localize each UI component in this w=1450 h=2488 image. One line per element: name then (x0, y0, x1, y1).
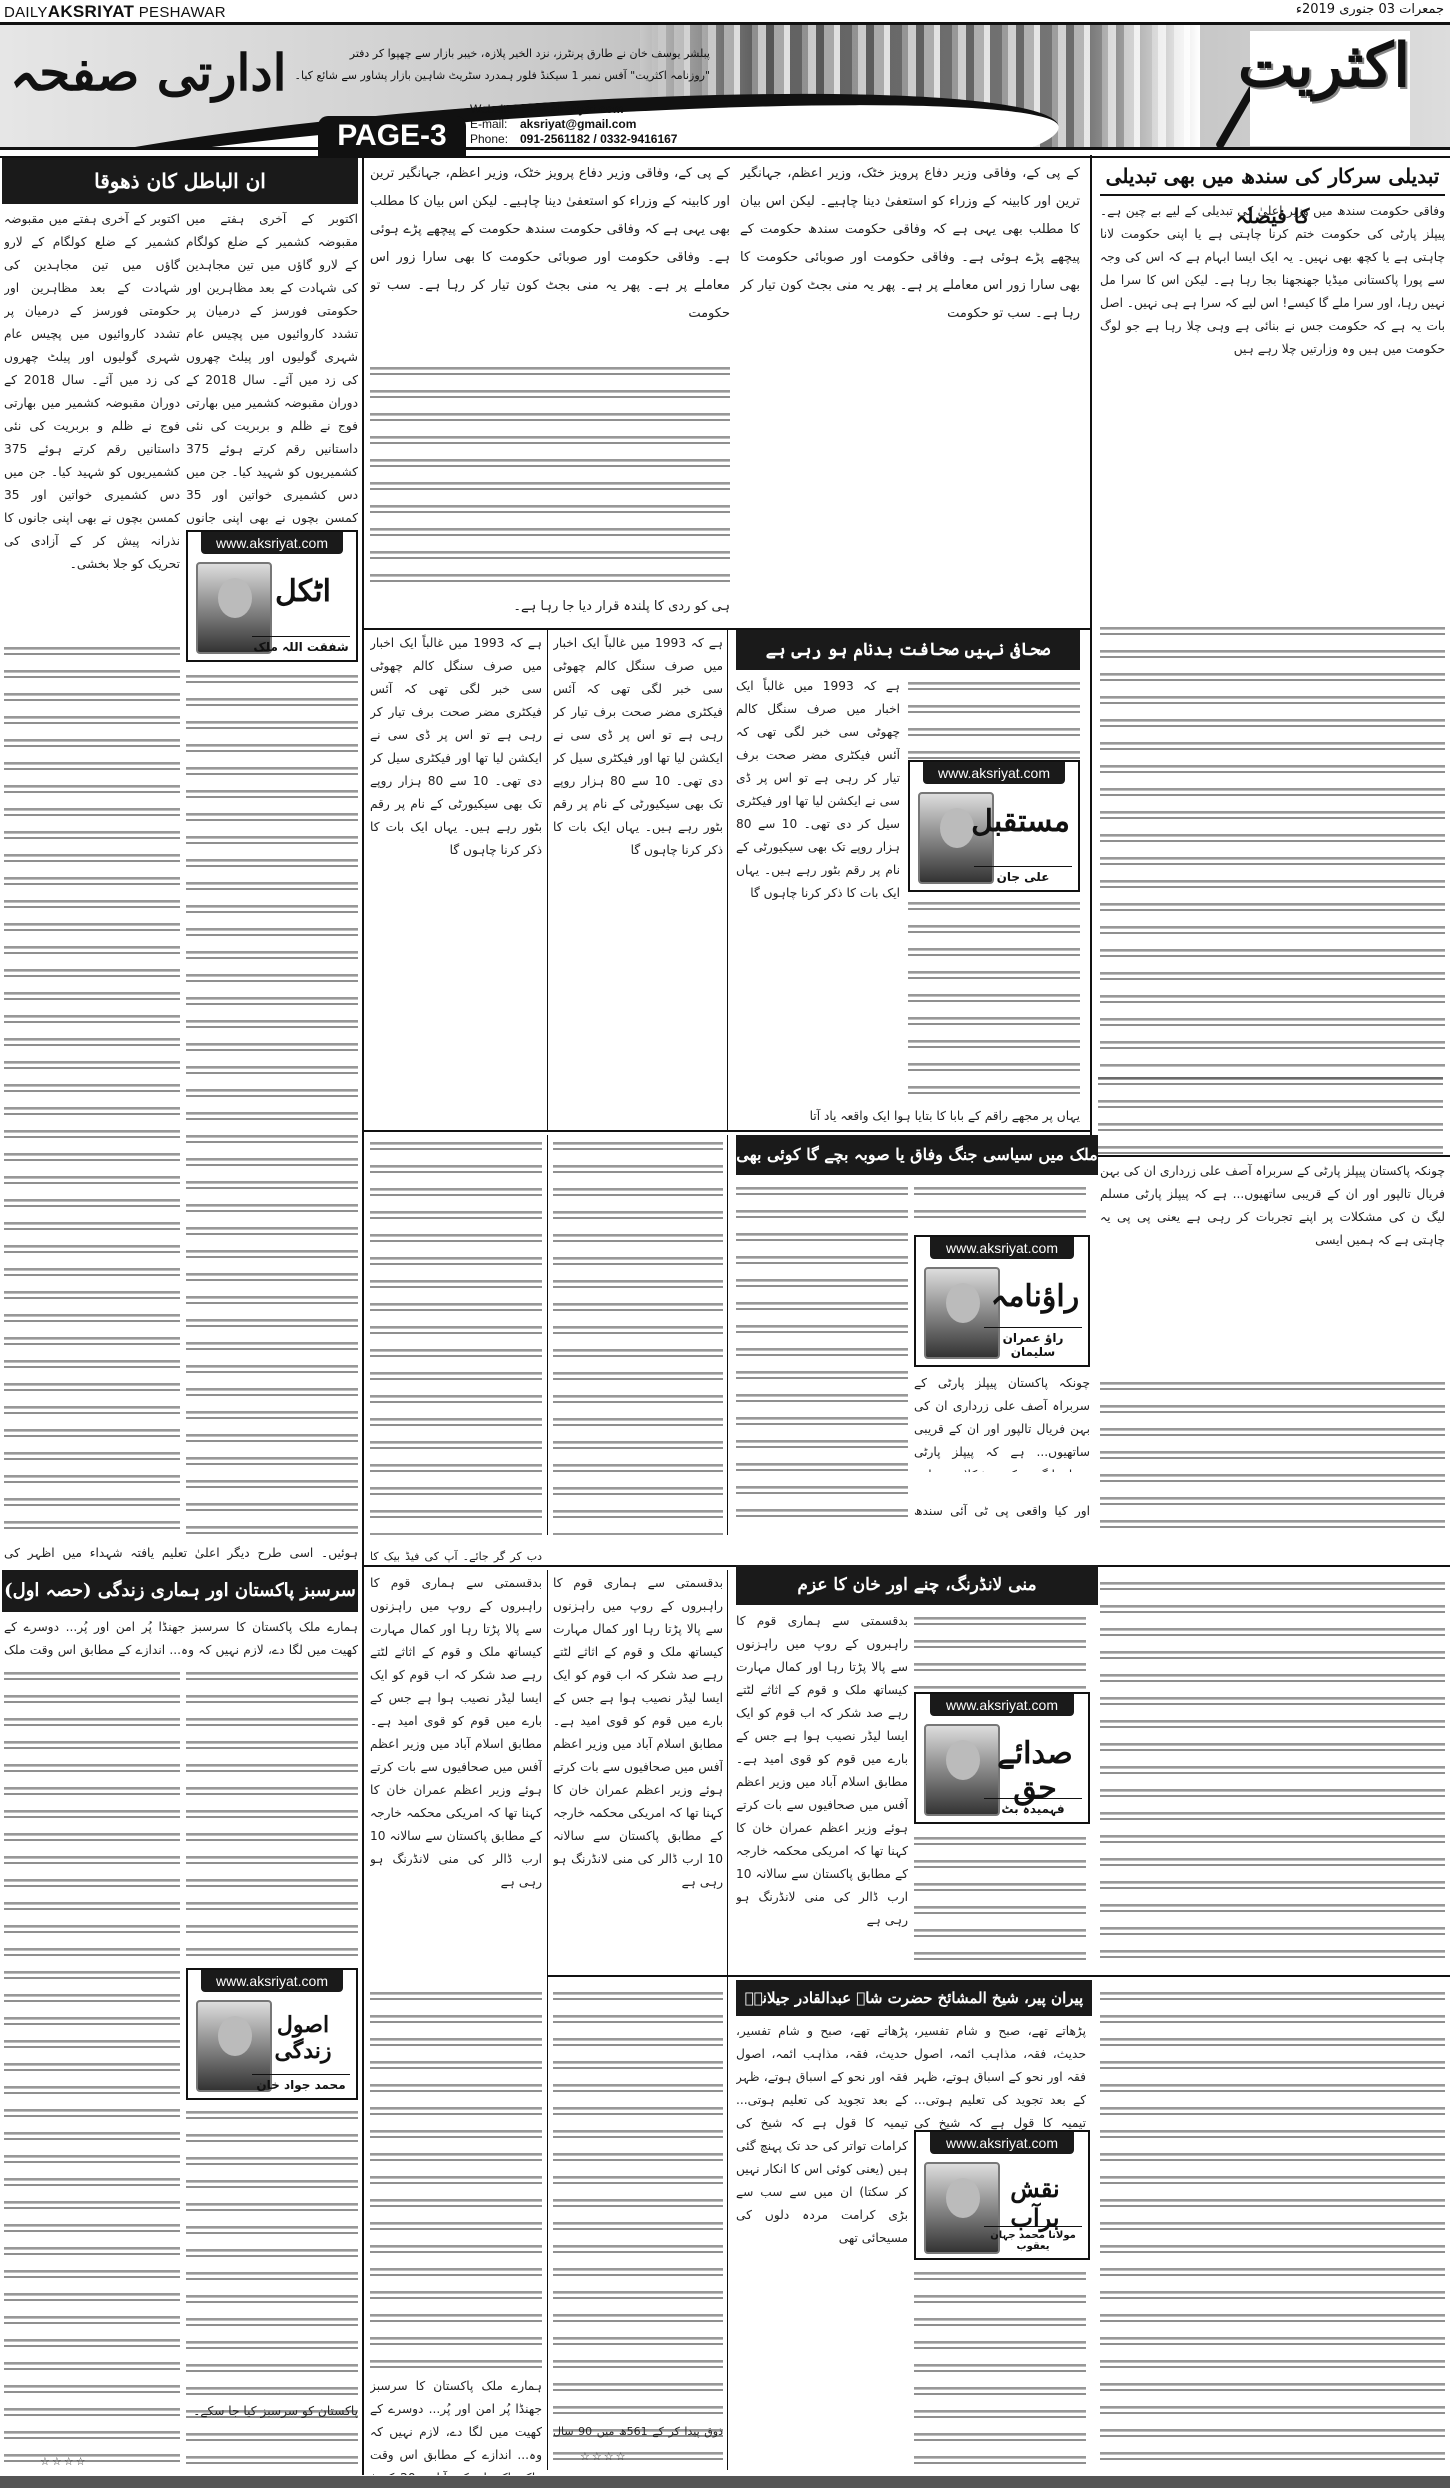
author-box-website: www.aksriyat.com (201, 1970, 342, 1992)
end-mark: ☆☆☆☆ (580, 2450, 627, 2463)
author-box-journalism: www.aksriyat.com مستقبل علی جان (908, 760, 1080, 892)
author-name: محمد جواد خان (252, 2074, 350, 2092)
money-laundering-closing: دب کر گر جائے۔ آپ کی فیڈ بیک کا انتظار ر… (370, 1545, 542, 1567)
author-box-website: www.aksriyat.com (930, 2132, 1074, 2154)
author-name: علی جان (974, 866, 1072, 884)
column-divider (727, 1135, 728, 1535)
journalism-text-col-1 (908, 895, 1080, 1105)
journalism-text-col-3: ہے کہ 1993 میں غالباً ایک اخبار میں صرف … (553, 632, 723, 1112)
editorial-lead-text: وفاقی حکومت سندھ میں وزیر اعلیٰ کی تبدیل… (1100, 200, 1445, 620)
author-box-money-laundering: www.aksriyat.com صدائے حق فہمیدہ بٹ (914, 1692, 1090, 1824)
editorial-continuation-2: کے پی کے، وفاقی وزیر دفاع پرویز خٹک، وزی… (370, 160, 730, 360)
website-link[interactable]: www.akstiyat.com (520, 102, 624, 116)
journalism-text-col-4: ہے کہ 1993 میں غالباً ایک اخبار میں صرف … (370, 632, 542, 1112)
column-divider (547, 1570, 548, 2470)
brand-city: PESHAWAR (139, 4, 226, 21)
politics-closing: اور کیا واقعی پی ٹی آئی سندھ حکومت بنانے… (914, 1500, 1090, 1524)
kashmir-body-col-1 (186, 668, 358, 1538)
jilani-col-3: پڑھاتے تھے، صبح و شام تفسیر، حدیث، فقہ، … (736, 2020, 908, 2470)
politics-text-top (914, 1180, 1086, 1220)
publisher-info: پبلشر یوسف خان نے طارق پرنٹرز، نزد الخیر… (290, 43, 710, 87)
jilani-col-2-top: پڑھاتے تھے، صبح و شام تفسیر، حدیث، فقہ، … (914, 2020, 1086, 2130)
kashmir-closing: ہوئیں۔ اسی طرح دیگر اعلیٰ تعلیم یافتہ شہ… (4, 1542, 358, 1566)
green-pakistan-lead: ہمارے ملک پاکستان کا سرسبز جھنڈا پُر امن… (4, 1616, 358, 1662)
politics-text-col-1: چونکہ پاکستان پیپلز پارٹی کے سربراہ آصف … (1100, 1160, 1445, 1370)
money-laundering-col-2 (914, 1830, 1086, 1960)
column-divider (547, 1135, 548, 1535)
column-name: مستقبل (980, 804, 1070, 839)
newspaper-logo: اکثریت (1250, 31, 1410, 146)
top-bar: DAILYAKSRIYAT PESHAWAR جمعرات 03 جنوری 2… (0, 0, 1450, 22)
column-divider (727, 1980, 728, 2470)
website-label: Website: (470, 102, 520, 117)
journalism-text-top (908, 675, 1080, 765)
column-name: اصول زندگی (258, 2012, 348, 2064)
politics-text-col-5 (553, 1135, 723, 1535)
row-divider (362, 1130, 1090, 1132)
politics-body-right (1100, 1375, 1445, 1530)
phone-number: 091-2561182 / 0332-9416167 (520, 132, 677, 146)
kashmir-text-col-2: اکتوبر کے آخری ہفتے میں مقبوضہ کشمیر کے … (4, 208, 180, 638)
jilani-col-1 (1100, 1985, 1445, 2470)
author-box-website: www.aksriyat.com (930, 1237, 1074, 1259)
row-divider (547, 1975, 1450, 1977)
money-laundering-col-1 (1100, 1575, 1445, 1965)
author-box-jilani: www.aksriyat.com نقش برآب مولانا محمد جہ… (914, 2130, 1090, 2260)
email-label: E-mail: (470, 117, 520, 132)
journalism-headline: صحافی نہیں صحافت بدنام ہو رہی ہے (736, 630, 1080, 670)
newspaper-brand: DAILYAKSRIYAT PESHAWAR (4, 2, 226, 22)
money-laundering-headline: منی لانڈرنگ، چنے اور خان کا عزم (736, 1565, 1098, 1605)
journalism-text-right (1098, 1070, 1443, 1155)
phone-label: Phone: (470, 132, 520, 147)
column-divider (727, 630, 728, 1130)
column-divider (1090, 155, 1092, 1155)
money-laundering-col-5: بدقسمتی سے ہماری قوم کا راہبروں کے روپ م… (553, 1572, 723, 1982)
politics-text-col-3 (736, 1180, 908, 1525)
editorial-closing: ہی کو ردی کا پلندہ قرار دیا جا رہا ہے۔ (370, 595, 730, 623)
section-title: ادارتی صفحہ (10, 43, 287, 102)
jilani-col-2 (914, 2265, 1086, 2470)
politics-text-col-2: چونکہ پاکستان پیپلز پارٹی کے سربراہ آصف … (914, 1372, 1090, 1472)
author-box-kashmir: www.aksriyat.com اٹکل شفقت اللہ ملک (186, 530, 358, 662)
money-laundering-col-6: بدقسمتی سے ہماری قوم کا راہبروں کے روپ م… (370, 1572, 542, 1982)
author-name: شفقت اللہ ملک (252, 636, 350, 654)
row-divider (1090, 1155, 1450, 1157)
author-box-website: www.aksriyat.com (201, 532, 342, 554)
end-mark: ☆☆☆☆ (40, 2455, 87, 2468)
jilani-headline: پیران پیر، شیخ المشائخ حضرت شاہ عبدالقاد… (736, 1980, 1092, 2016)
jilani-col-5 (553, 1985, 723, 2470)
kashmir-body-col-2 (4, 640, 180, 1538)
author-box-website: www.aksriyat.com (923, 762, 1064, 784)
kashmir-headline: ان الباطل کان ذھوقا (2, 158, 358, 204)
column-divider (727, 1570, 728, 1980)
masthead: ادارتی صفحہ پبلشر یوسف خان نے طارق پرنٹر… (0, 22, 1450, 150)
email-link[interactable]: aksriyat@gmail.com (520, 117, 636, 131)
green-pakistan-text-wrap: ہمارے ملک پاکستان کا سرسبز جھنڈا پُر امن… (370, 2375, 542, 2475)
jilani-col-6 (370, 1985, 542, 2375)
green-pakistan-headline: سرسبز پاکستان اور ہماری زندگی (حصہ اول) (2, 1570, 358, 1612)
editorial-headline: تبدیلی سرکار کی سندھ میں بھی تبدیلی کا ف… (1100, 156, 1445, 196)
author-box-green-pakistan: www.aksriyat.com اصول زندگی محمد جواد خا… (186, 1968, 358, 2100)
author-box-politics: www.aksriyat.com راؤنامہ راؤ عمران سلیما… (914, 1235, 1090, 1367)
editorial-body-text-2 (370, 360, 730, 590)
editorial-body-text (1100, 620, 1445, 1070)
column-name: صدائے حق (990, 1736, 1080, 1806)
green-pakistan-col-1 (186, 1665, 358, 1965)
journalism-closing: یہاں پر مجھے راقم کے بابا کا بتایا ہوا ا… (736, 1105, 1080, 1129)
column-divider (362, 155, 364, 2475)
footer-bar (0, 2476, 1450, 2488)
author-name: مولانا محمد جہان یعقوب (984, 2226, 1082, 2252)
contact-info: Website:www.akstiyat.com E-mail:aksriyat… (470, 102, 677, 147)
politics-text-col-6 (370, 1135, 542, 1535)
brand-prefix: DAILY (4, 4, 48, 21)
author-box-website: www.aksriyat.com (930, 1694, 1074, 1716)
publisher-line-1: پبلشر یوسف خان نے طارق پرنٹرز، نزد الخیر… (290, 43, 710, 65)
jilani-closing: ذوق پیدا کر کے 561ھ میں 90 سال کی عمر می… (553, 2420, 723, 2444)
green-pakistan-closing: پاکستان کو سرسبز کیا جا سکے۔ (186, 2400, 358, 2424)
publisher-line-2: "روزنامہ اکثریت" آفس نمبر 1 سیکنڈ فلور ہ… (290, 65, 710, 87)
green-pakistan-col-2 (4, 1665, 180, 2475)
author-name: فہمیدہ بٹ (984, 1798, 1082, 1816)
author-name: راؤ عمران سلیمان (984, 1327, 1082, 1359)
issue-date: جمعرات 03 جنوری 2019ء (1296, 2, 1444, 17)
column-name: نقش برآب (990, 2174, 1080, 2232)
editorial-continuation: کے پی کے، وفاقی وزیر دفاع پرویز خٹک، وزی… (740, 160, 1080, 590)
journalism-text-col-2: ہے کہ 1993 میں غالباً ایک اخبار میں صرف … (736, 675, 900, 1105)
money-laundering-col-3: بدقسمتی سے ہماری قوم کا راہبروں کے روپ م… (736, 1610, 908, 1960)
brand-name: AKSRIYAT (48, 2, 134, 21)
kashmir-text-col-1: اکتوبر کے آخری ہفتے میں مقبوضہ کشمیر کے … (186, 208, 358, 528)
page-number-badge: PAGE-3 (318, 116, 466, 156)
politics-headline: ملک میں سیاسی جنگ وفاق یا صوبہ بچے گا کو… (736, 1135, 1098, 1175)
column-name: اٹکل (258, 574, 348, 609)
money-laundering-col-2-top (914, 1610, 1086, 1690)
column-divider (547, 630, 548, 1130)
column-name: راؤنامہ (990, 1279, 1080, 1314)
